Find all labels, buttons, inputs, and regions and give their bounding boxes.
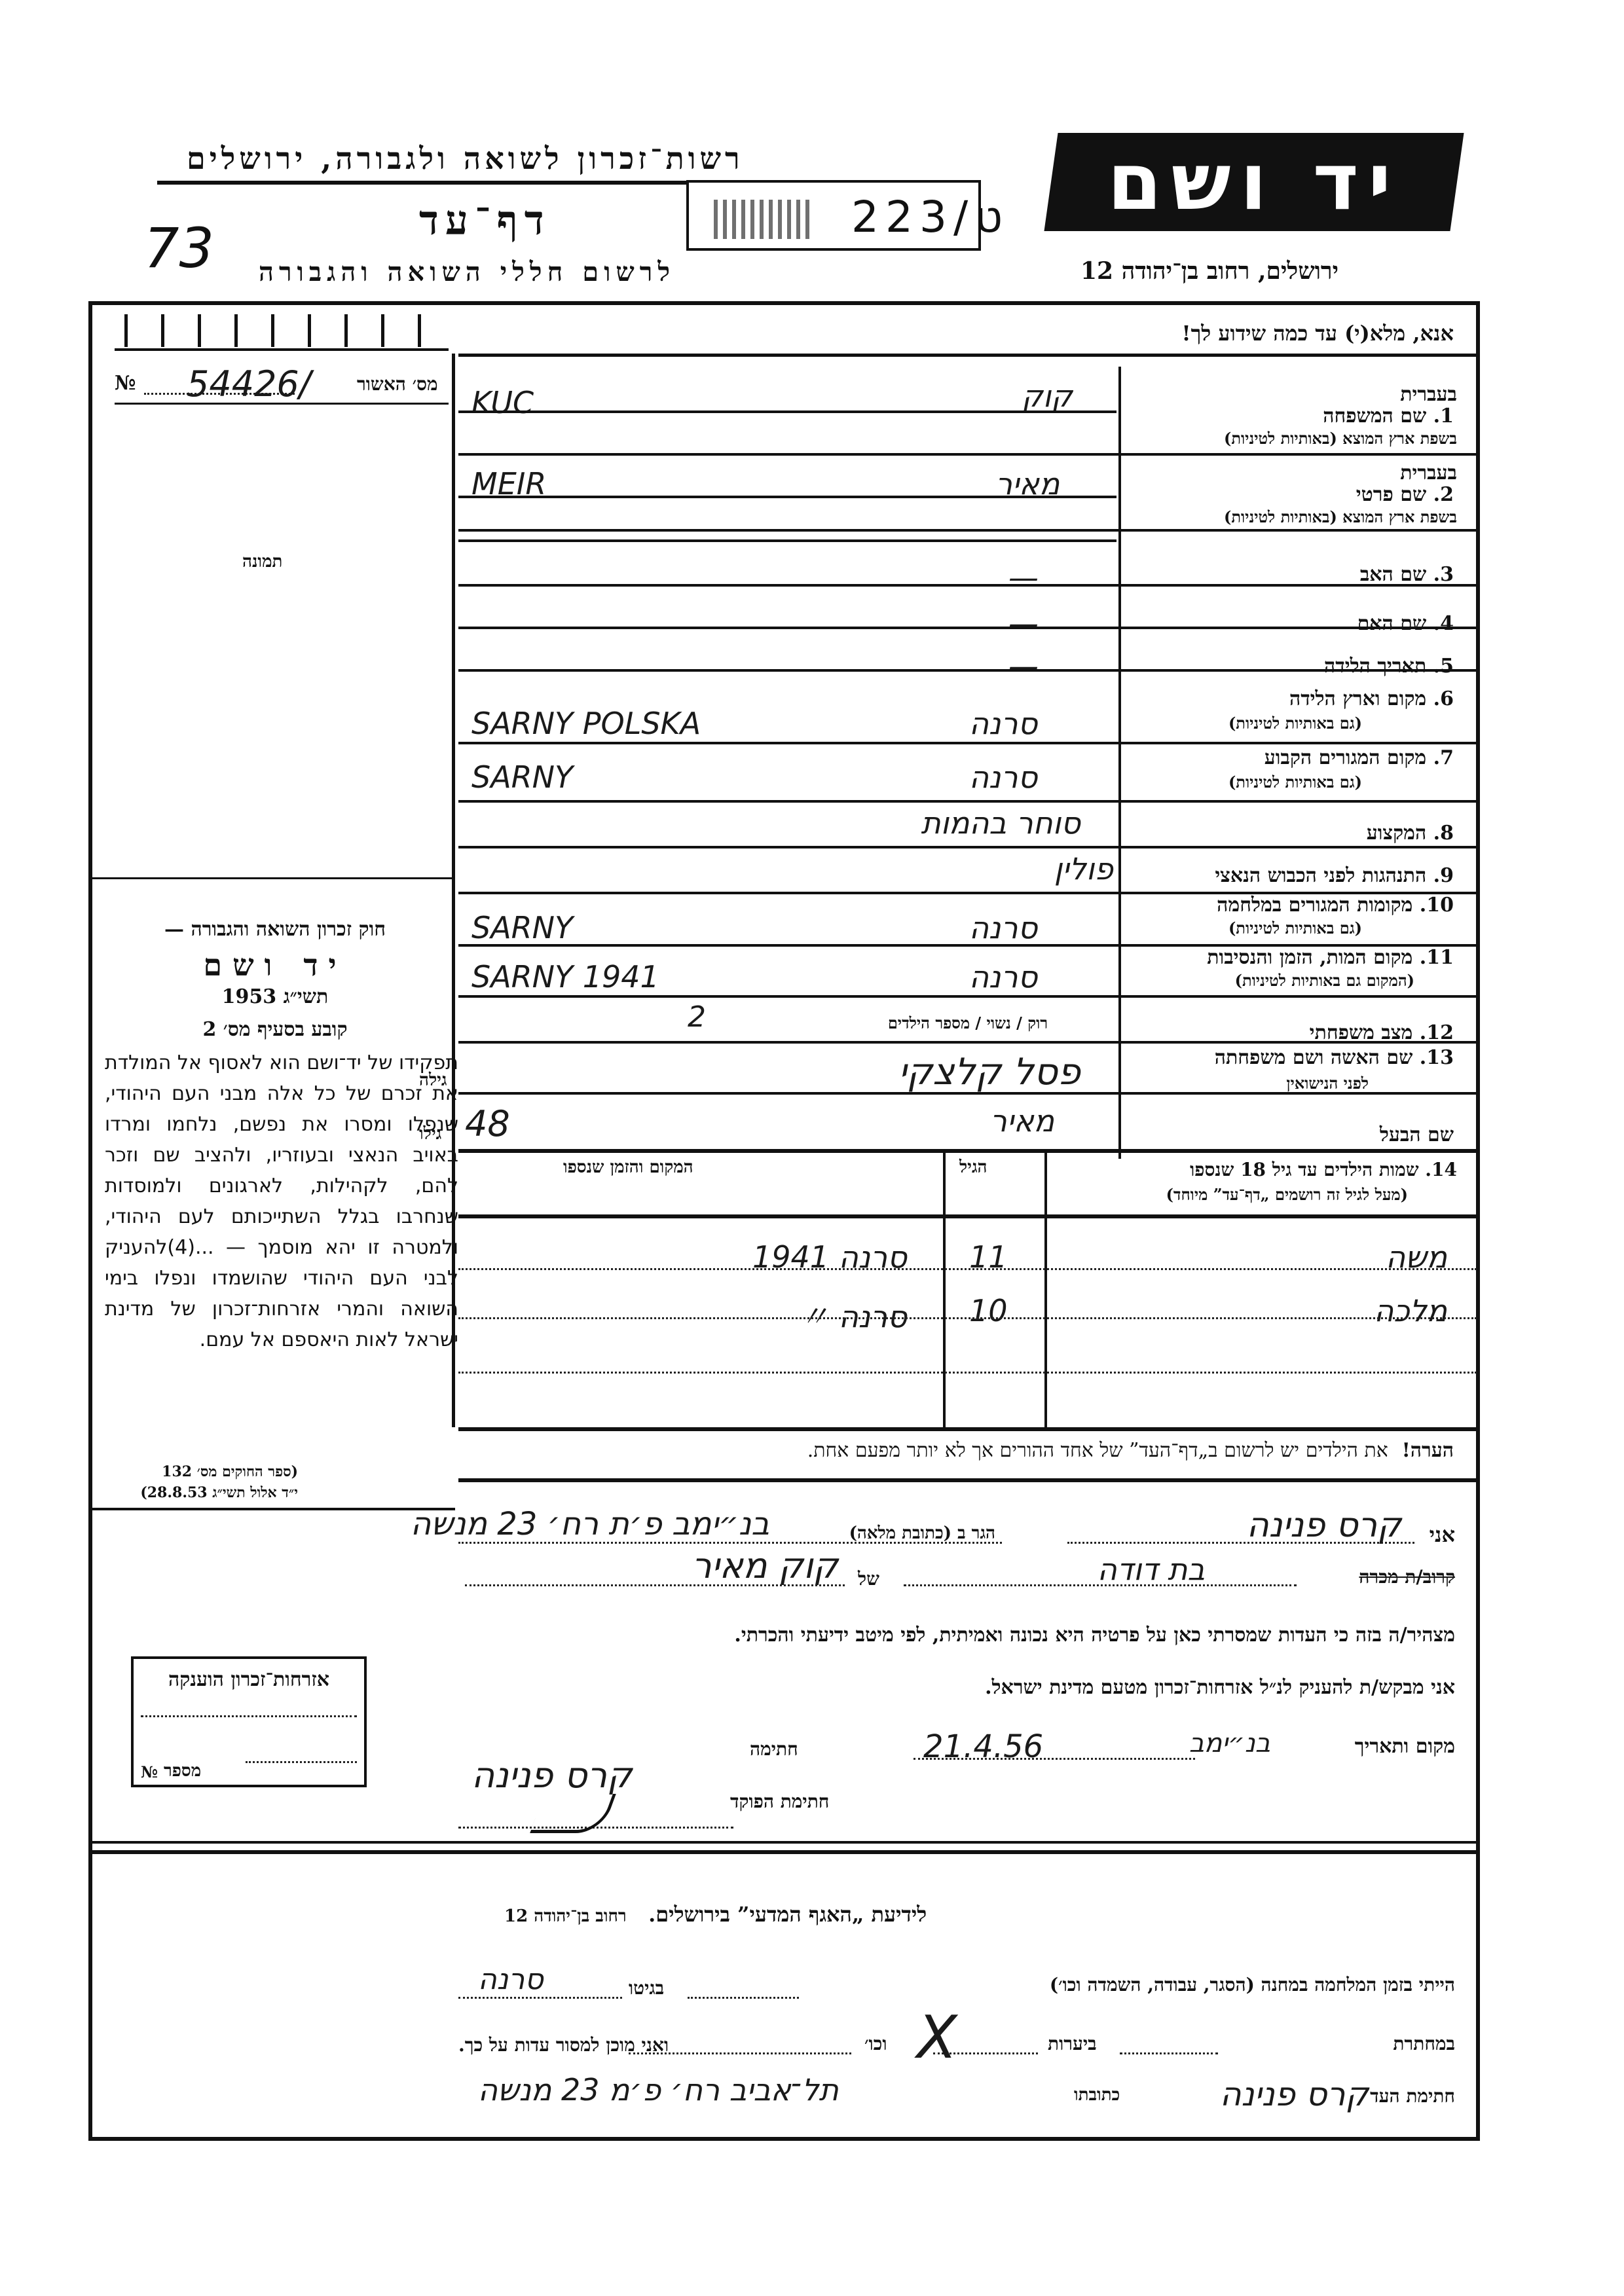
field-8-label: 8. המקצוע	[1367, 822, 1454, 845]
field-11-value-he[interactable]: סרנה	[969, 959, 1037, 994]
field-5-label: 5. תאריך הלידה	[1324, 655, 1454, 678]
field-2-text: שם פרטי	[1356, 483, 1426, 506]
law-box-bottom	[92, 1508, 455, 1510]
yad-vashem-logo: יד ושם	[1044, 133, 1464, 231]
place-value[interactable]: בנ״ימב	[1189, 1728, 1270, 1758]
field-13-rule	[458, 1092, 1477, 1095]
field-10-number: 10.	[1420, 894, 1454, 917]
field-10-value-he[interactable]: סרנה	[969, 910, 1037, 945]
field-1-value-he[interactable]: קוק	[1022, 378, 1073, 414]
field-12-rule	[458, 1041, 1477, 1044]
field-10-text: מקומות המגורים במלחמה	[1217, 894, 1412, 917]
law-yad-vashem: יד ושם	[98, 947, 452, 983]
form-subtitle: לרשום חללי השואה והגבורה	[259, 257, 675, 287]
field-5-number: 5.	[1433, 655, 1454, 678]
field-3-rule	[458, 584, 1477, 587]
note-label: הערה!	[1402, 1439, 1454, 1462]
field-6-text: מקום וארץ הלידה	[1289, 687, 1426, 710]
field-6-rule	[458, 742, 1477, 744]
law-box-top	[92, 877, 455, 879]
instruction-rule	[458, 354, 1477, 357]
field-9-number: 9.	[1433, 864, 1454, 887]
note: הערה! את הילדים יש לרשום ב„דף־העד” של אח…	[807, 1439, 1454, 1462]
field-13-text: שם האשה ושם משפחתה	[1215, 1046, 1413, 1069]
section-divider-2	[92, 1850, 1480, 1854]
citizenship-box-title: אזרחות־זכרון הוענקה	[131, 1668, 367, 1691]
child-row-1-line	[458, 1268, 1477, 1270]
field-8-text: המקצוע	[1367, 822, 1426, 845]
ghetto-line	[458, 1997, 622, 1999]
field-3-value[interactable]: —	[1008, 560, 1039, 595]
field-7-text: מקום המגורים הקבוע	[1264, 746, 1427, 769]
field-12-status-options[interactable]: רוק / נשוי / מספר הילדים	[888, 1013, 1048, 1033]
child-row-2-line	[458, 1317, 1477, 1319]
law-year: תשי״ג 1953	[98, 985, 452, 1008]
law-citation-1: (ספר החוקים מס׳ 132	[101, 1463, 298, 1480]
field-8-number: 8.	[1433, 822, 1454, 845]
field-11-sub: (המקום גם באותיות לטיניות)	[1235, 971, 1414, 991]
field-13-number: 13.	[1420, 1046, 1454, 1069]
underground-line	[1120, 2052, 1218, 2054]
witness-address-label: כתובתו	[1074, 2085, 1120, 2105]
ghetto-value[interactable]: סרנה	[478, 1963, 544, 1996]
relation-label: קרוב/ת מכרה	[1359, 1566, 1455, 1588]
children-table-bottom	[458, 1427, 1477, 1431]
law-title: חוק זכרון השואה והגבורה —	[98, 918, 452, 941]
field-7-rule	[458, 800, 1477, 803]
field-3-number: 3.	[1433, 563, 1454, 586]
field-13-sub: לפני הנישואין	[1286, 1074, 1369, 1093]
camp-line	[688, 1997, 799, 1999]
declaration-request: אני מבקש/ת להעניק לנ״ל אזרחות־זכרון מטעם…	[407, 1676, 1455, 1699]
declaration-i-label: אני	[1430, 1522, 1455, 1547]
field-husband-age-value[interactable]: 48	[465, 1103, 510, 1144]
field-1-hebrew-sub: בעברית	[1400, 383, 1457, 406]
registration-value[interactable]: 54426/	[187, 363, 311, 405]
stamp-number: 223/ט	[851, 192, 1009, 242]
field-6-sub: (גם באותיות לטיניות)	[1228, 714, 1362, 733]
underground-label: במחתרת	[1393, 2033, 1455, 2055]
field-5-text: תאריך הלידה	[1324, 655, 1426, 678]
bottom-heading: לידיעת „האגף המדעי” בירושלים. רחוב בן־יה…	[504, 1902, 927, 1927]
citizenship-no-label: №	[141, 1762, 158, 1781]
field-1-rule	[458, 453, 1477, 456]
bottom-heading-address: רחוב בן־יהודה 12	[504, 1906, 627, 1926]
children-col-place: המקום והזמן שנספו	[563, 1157, 693, 1177]
signature-value[interactable]: קרס פנינה	[471, 1755, 632, 1796]
child-2-age[interactable]: 10	[969, 1293, 1008, 1328]
field-1-number: 1.	[1433, 405, 1454, 428]
law-paragraph: תפקידו של יד־ושם הוא לאסוף אל המולדת את …	[105, 1048, 458, 1427]
field-7-label: 7. מקום המגורים הקבוע	[1264, 746, 1454, 769]
forests-label: ביערות	[1048, 2033, 1097, 2055]
citizenship-box-line-1	[141, 1715, 357, 1717]
ghetto-label: בגיטו	[629, 1977, 664, 1999]
field-6-value-he[interactable]: סרנה	[969, 706, 1037, 741]
witness-address-value[interactable]: תל־אביב רח׳ פ׳מ 23 מנשה	[478, 2072, 839, 2107]
declarant-name[interactable]: קרס פנינה	[1247, 1506, 1401, 1545]
husband-rule	[458, 1149, 1477, 1153]
field-11-label: 11. מקום המות, הזמן והנסיבות	[1207, 946, 1454, 969]
law-citation-2: י״ד אלול תשי״ג 28.8.53)	[101, 1484, 298, 1501]
children-header-rule	[458, 1214, 1477, 1218]
relation-value[interactable]: בת דודה	[1098, 1552, 1205, 1587]
children-table-subtitle: (מעל לגיל זה רושמים „דף־עד” מיוחד)	[1166, 1185, 1408, 1205]
ready-label: ואני מוכן למסור עדות על כך.	[458, 2034, 669, 2056]
field-4-text: שם האם	[1357, 612, 1427, 635]
field-2-label: 2. שם פרטי	[1356, 483, 1454, 506]
field-6-value-latin[interactable]: SARNY POLSKA	[471, 706, 701, 741]
field-7-value-he[interactable]: סרנה	[969, 759, 1037, 795]
field-3-text: שם האב	[1360, 563, 1426, 586]
registration-underline	[115, 403, 449, 405]
section-divider-1	[92, 1841, 1480, 1844]
of-label: של	[858, 1568, 879, 1590]
field-12-children-count[interactable]: 2	[688, 1000, 706, 1034]
resides-label: הגר ב (כתובת מלאה)	[849, 1523, 995, 1543]
date-value[interactable]: 21.4.56	[923, 1728, 1043, 1765]
witness-signature-value[interactable]: קרס פנינה	[1220, 2075, 1369, 2113]
children-col-name-divider	[1044, 1152, 1047, 1427]
field-6-number: 6.	[1433, 687, 1454, 710]
field-13-value[interactable]: פסל קלצקי	[898, 1051, 1080, 1093]
field-4-rule	[458, 627, 1477, 629]
official-signature-line	[458, 1827, 733, 1829]
law-section: קובע בסעיף מס׳ 2	[98, 1018, 452, 1041]
official-signature-label: חתימת הפוקד	[730, 1791, 829, 1813]
field-2-hebrew-sub: בעברית	[1400, 462, 1457, 484]
label-column-divider	[1118, 367, 1121, 1159]
field-7-sub: (גם באותיות לטיניות)	[1228, 773, 1362, 792]
field-2b-rule	[458, 539, 1116, 542]
field-10-sub: (גם באותיות לטיניות)	[1228, 919, 1362, 938]
field-2-rule	[458, 529, 1477, 532]
field-2-number: 2.	[1433, 483, 1454, 506]
field-11-number: 11.	[1420, 946, 1454, 969]
header-rule	[157, 181, 688, 185]
instruction-text: אנא, מלא(י) עד כמה שידוע לך!	[1182, 321, 1454, 346]
field-8-rule	[458, 846, 1477, 848]
field-9-label: 9. התנהגות לפני הכבוש הנאצי	[1215, 864, 1454, 887]
field-1-text: שם המשפחה	[1323, 405, 1426, 428]
field-husband-age-label: גילו	[419, 1124, 441, 1144]
etc-label: וכו׳	[864, 2033, 887, 2055]
field-6-label: 6. מקום וארץ הלידה	[1289, 687, 1454, 710]
organization-name: רשות־זכרון לשואה ולגבורה, ירושלים	[187, 141, 744, 176]
margin-annotation: 73	[144, 216, 214, 280]
of-value[interactable]: קוק מאיר	[692, 1545, 838, 1586]
forests-mark[interactable]: X	[917, 2003, 957, 2072]
relation-label-text: קרוב/ת מכרה	[1359, 1566, 1455, 1588]
tick-rule	[115, 348, 449, 351]
children-table-title: 14. שמות הילדים עד גיל 18 שנספו	[1190, 1159, 1457, 1181]
declarant-address[interactable]: בנ״ימב פ׳ת רח׳ 23 מנשה	[411, 1506, 769, 1542]
field-4-value[interactable]: —	[1008, 606, 1039, 641]
child-2-place[interactable]: סרנה 〃	[799, 1293, 907, 1336]
logo-text: יד ושם	[1107, 137, 1400, 228]
child-2-name[interactable]: מלכה	[1374, 1293, 1447, 1328]
field-4-label: 4. שם האם	[1357, 612, 1454, 635]
children-col-age: הגיל	[959, 1157, 987, 1177]
field-10-value-latin[interactable]: SARNY	[471, 910, 573, 945]
bottom-line1-label: הייתי בזמן המלחמה במחנה (הסגר, עבודה, הש…	[1050, 1974, 1455, 1996]
field-5-rule	[458, 669, 1477, 672]
field-9-value[interactable]: פולין	[1054, 851, 1113, 886]
field-3-label: 3. שם האב	[1360, 563, 1454, 586]
children-col-age-divider	[943, 1152, 946, 1427]
field-7-number: 7.	[1433, 746, 1454, 769]
field-7-value-latin[interactable]: SARNY	[471, 759, 573, 795]
citizenship-box-line-2	[246, 1761, 357, 1763]
field-husband-label: שם הבעל	[1380, 1123, 1454, 1146]
registration-label: מס׳ האשור	[357, 373, 438, 395]
signature-label: חתימה	[750, 1738, 798, 1760]
note-rule	[458, 1478, 1477, 1482]
field-13-label: 13. שם האשה ושם משפחתה	[1215, 1046, 1454, 1069]
field-1-latin-sub: בשפת ארץ המוצא (באותיות לטיניות)	[1224, 429, 1457, 448]
field-2-latin-sub: בשפת ארץ המוצא (באותיות לטיניות)	[1224, 507, 1457, 527]
citizenship-number-label: מספר	[164, 1761, 201, 1781]
child-row-3-line	[458, 1372, 1477, 1374]
photo-label: תמונה	[242, 552, 282, 572]
field-10-label: 10. מקומות המגורים במלחמה	[1217, 894, 1454, 917]
field-11-rule	[458, 995, 1477, 998]
field-13-age-label: גילה	[419, 1070, 447, 1090]
field-9-text: התנהגות לפני הכבוש הנאצי	[1215, 864, 1426, 887]
place-date-label: מקום ותאריך	[1355, 1735, 1455, 1758]
field-11-value-latin[interactable]: SARNY 1941	[471, 959, 659, 994]
field-husband-value[interactable]: מאיר	[990, 1103, 1054, 1139]
note-text: את הילדים יש לרשום ב„דף־העד” של אחד ההור…	[807, 1439, 1388, 1462]
field-1-label: 1. שם המשפחה	[1323, 405, 1454, 428]
field-5-value[interactable]: —	[1008, 648, 1039, 683]
declaration-statement: מצהיר/ה בזה כי העדות שמסרתי כאן על פרטיה…	[407, 1624, 1455, 1647]
form-title: דף־עד	[419, 196, 551, 245]
field-1-rule-he	[458, 410, 1116, 413]
header-address: ירושלים, רחוב בן־יהודה 12	[1080, 257, 1338, 285]
registration-no-label: №	[115, 372, 136, 395]
bottom-heading-text: לידיעת „האגף המדעי” בירושלים.	[648, 1902, 927, 1927]
stamp-smudge	[714, 200, 812, 239]
field-2-rule-he	[458, 496, 1116, 498]
field-11-text: מקום המות, הזמן והנסיבות	[1207, 946, 1412, 969]
field-1-value-latin[interactable]: KUC	[471, 385, 534, 420]
witness-signature-label: חתימת העד	[1370, 2085, 1455, 2107]
tick-boxes	[124, 314, 452, 347]
field-8-value[interactable]: סוחר בהמות	[921, 805, 1080, 841]
field-4-number: 4.	[1433, 612, 1454, 635]
